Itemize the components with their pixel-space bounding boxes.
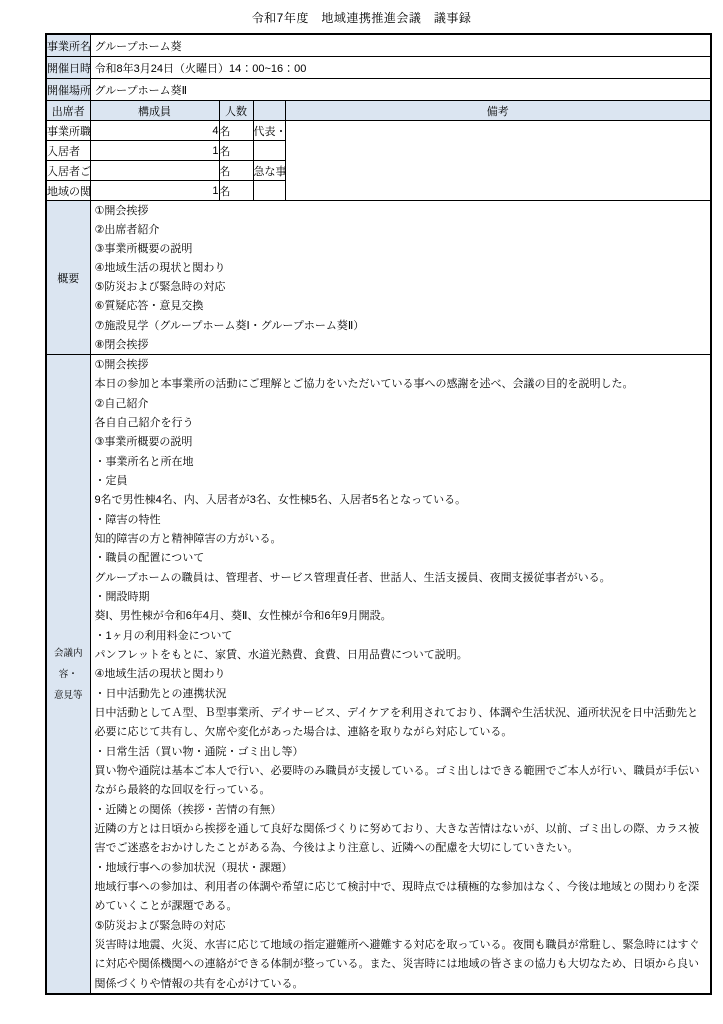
minutes-line: ・近隣との関係（挨拶・苦情の有無） bbox=[95, 801, 707, 820]
minutes-line: ・1ヶ月の利用料金について bbox=[95, 627, 707, 646]
minutes-line: ⑤防災および緊急時の対応 bbox=[95, 917, 707, 936]
minutes-section-label: 会議内容・ 意見等 bbox=[46, 355, 90, 995]
minutes-table: 事業所名 グループホーム葵 開催日時 令和8年3月24日（火曜日）14：00~1… bbox=[45, 33, 712, 995]
info-row: 開催場所 グループホーム葵Ⅱ bbox=[46, 79, 711, 101]
minutes-line: ①開会挨拶 bbox=[95, 356, 707, 375]
minutes-line: ②自己紹介 bbox=[95, 395, 707, 414]
attendees-col-count: 人数 bbox=[219, 101, 253, 121]
overview-section: 概要 ①開会挨拶 ②出席者紹介 ③事業所概要の説明 ④地域生活の現状と関わり bbox=[46, 201, 711, 355]
overview-line: ③事業所概要の説明 bbox=[95, 240, 707, 259]
attendees-header-row: 出席者 構成員 人数 備考 bbox=[46, 101, 711, 121]
minutes-line: ・開設時期 bbox=[95, 588, 707, 607]
attendee-member: 入居者 bbox=[46, 141, 90, 161]
document-page: 令和7年度 地域連携推進会議 議事録 事業所名 グループホーム葵 開催日時 令和… bbox=[0, 0, 723, 1024]
minutes-line: 日中活動としてＡ型、Ｂ型事業所、デイサービス、デイケアを利用されており、体調や生… bbox=[95, 704, 707, 743]
minutes-line: 知的障害の方と精神障害の方がいる。 bbox=[95, 530, 707, 549]
attendee-count bbox=[90, 161, 219, 181]
overview-body: ①開会挨拶 ②出席者紹介 ③事業所概要の説明 ④地域生活の現状と関わり ⑤防災お… bbox=[91, 201, 711, 354]
minutes-line: パンフレットをもとに、家賃、水道光熱費、食費、日用品費について説明。 bbox=[95, 646, 707, 665]
attendee-note bbox=[253, 181, 285, 201]
attendee-unit: 名 bbox=[219, 121, 253, 141]
minutes-line: ・地域行事への参加状況（現状・課題） bbox=[95, 859, 707, 878]
info-rows: 事業所名 グループホーム葵 開催日時 令和8年3月24日（火曜日）14：00~1… bbox=[46, 34, 711, 101]
attendee-count: 1 bbox=[90, 181, 219, 201]
attendees-col-member: 構成員 bbox=[90, 101, 219, 121]
minutes-line: 葵Ⅰ、男性棟が令和6年4月、葵Ⅱ、女性棟が令和6年9月開設。 bbox=[95, 607, 707, 626]
attendee-row: 地域の関係者 1 名 bbox=[46, 181, 711, 201]
info-row-label: 開催日時 bbox=[46, 57, 90, 79]
document-title: 令和7年度 地域連携推進会議 議事録 bbox=[0, 10, 723, 26]
minutes-section: 会議内容・ 意見等 ①開会挨拶 本日の参加と本事業所の活動にご理解とご協力をいた… bbox=[46, 355, 711, 995]
attendees-col-note: 備考 bbox=[285, 101, 711, 121]
minutes-line: ・定員 bbox=[95, 472, 707, 491]
attendees-section-label: 出席者 bbox=[46, 101, 90, 121]
attendee-unit: 名 bbox=[219, 161, 253, 181]
attendee-count: 4 bbox=[90, 121, 219, 141]
minutes-line: ・事業所名と所在地 bbox=[95, 453, 707, 472]
attendees-rows: 事業所職員 4 名 代表・管理者・サービス管理責任者・施設職員 入居者 1 名 … bbox=[46, 121, 711, 201]
minutes-line: 各自自己紹介を行う bbox=[95, 414, 707, 433]
info-row-label: 開催場所 bbox=[46, 79, 90, 101]
attendee-member: 入居者ご家族 bbox=[46, 161, 90, 181]
minutes-line: 本日の参加と本事業所の活動にご理解とご協力をいただいている事への感謝を述べ、会議… bbox=[95, 375, 707, 394]
attendee-member: 地域の関係者 bbox=[46, 181, 90, 201]
minutes-line: ④地域生活の現状と関わり bbox=[95, 665, 707, 684]
overview-line: ⑥質疑応答・意見交換 bbox=[95, 297, 707, 316]
minutes-line: 災害時は地震、火災、水害に応じて地域の指定避難所へ避難する対応を取っている。夜間… bbox=[95, 936, 707, 993]
overview-line: ⑧閉会挨拶 bbox=[95, 336, 707, 354]
minutes-line: 地域行事への参加は、利用者の体調や希望に応じて検討中で、現時点では積極的な参加は… bbox=[95, 878, 707, 917]
info-row: 事業所名 グループホーム葵 bbox=[46, 34, 711, 57]
overview-section-label: 概要 bbox=[46, 201, 90, 355]
minutes-body: ①開会挨拶 本日の参加と本事業所の活動にご理解とご協力をいただいている事への感謝… bbox=[91, 355, 711, 993]
minutes-content-cell: ①開会挨拶 本日の参加と本事業所の活動にご理解とご協力をいただいている事への感謝… bbox=[90, 355, 711, 995]
overview-line: ①開会挨拶 bbox=[95, 202, 707, 221]
minutes-line: ・日中活動先との連携状況 bbox=[95, 685, 707, 704]
minutes-line: 近隣の方とは日頃から挨拶を通して良好な関係づくりに努めており、大きな苦情はないが… bbox=[95, 820, 707, 859]
overview-line: ④地域生活の現状と関わり bbox=[95, 259, 707, 278]
attendee-row: 事業所職員 4 名 代表・管理者・サービス管理責任者・施設職員 bbox=[46, 121, 711, 141]
minutes-line: ・日常生活（買い物・通院・ゴミ出し等） bbox=[95, 743, 707, 762]
attendees-section: 出席者 構成員 人数 備考 bbox=[46, 101, 711, 121]
attendee-unit: 名 bbox=[219, 181, 253, 201]
attendee-note bbox=[253, 141, 285, 161]
overview-content-cell: ①開会挨拶 ②出席者紹介 ③事業所概要の説明 ④地域生活の現状と関わり ⑤防災お… bbox=[90, 201, 711, 355]
info-row: 開催日時 令和8年3月24日（火曜日）14：00~16：00 bbox=[46, 57, 711, 79]
attendee-unit: 名 bbox=[219, 141, 253, 161]
attendee-note: 代表・管理者・サービス管理責任者・施設職員 bbox=[253, 121, 285, 141]
overview-line: ⑦施設見学（グループホーム葵Ⅰ・グループホーム葵Ⅱ） bbox=[95, 317, 707, 336]
attendee-row: 入居者 1 名 bbox=[46, 141, 711, 161]
minutes-line: 買い物や通院は基本ご本人で行い、必要時のみ職員が支援している。ゴミ出しはできる範… bbox=[95, 762, 707, 801]
attendee-member: 事業所職員 bbox=[46, 121, 90, 141]
minutes-line: グループホームの職員は、管理者、サービス管理責任者、世話人、生活支援員、夜間支援… bbox=[95, 569, 707, 588]
overview-line: ②出席者紹介 bbox=[95, 221, 707, 240]
minutes-line: 9名で男性棟4名、内、入居者が3名、女性棟5名、入居者5名となっている。 bbox=[95, 491, 707, 510]
attendee-count: 1 bbox=[90, 141, 219, 161]
overview-line: ⑤防災および緊急時の対応 bbox=[95, 278, 707, 297]
info-row-value: グループホーム葵Ⅱ bbox=[90, 79, 711, 101]
attendee-row: 入居者ご家族 名 急な事情により欠席 bbox=[46, 161, 711, 181]
info-row-value: グループホーム葵 bbox=[90, 34, 711, 57]
minutes-line: ③事業所概要の説明 bbox=[95, 433, 707, 452]
attendees-diagonal-cell bbox=[253, 101, 285, 121]
minutes-line: ・障害の特性 bbox=[95, 511, 707, 530]
attendee-note: 急な事情により欠席 bbox=[253, 161, 285, 181]
info-row-label: 事業所名 bbox=[46, 34, 90, 57]
info-row-value: 令和8年3月24日（火曜日）14：00~16：00 bbox=[90, 57, 711, 79]
minutes-line: ・職員の配置について bbox=[95, 549, 707, 568]
